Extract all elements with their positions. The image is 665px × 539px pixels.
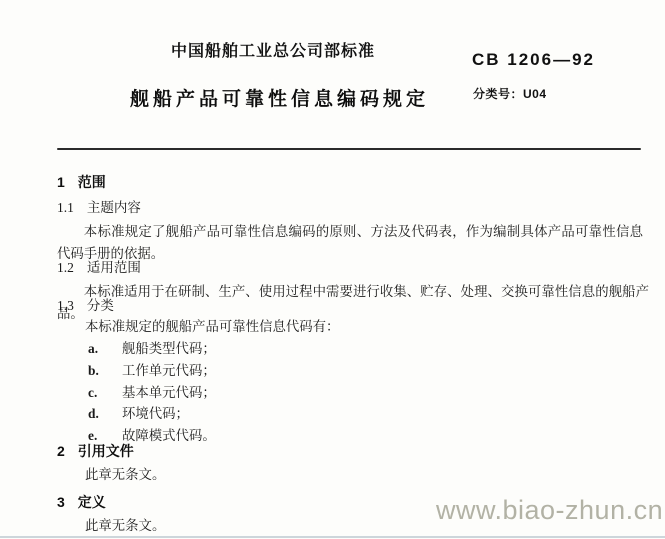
section-1-1-paragraph: 本标准规定了舰船产品可靠性信息编码的原则、方法及代码表，作为编制具体产品可靠性信… [57,221,643,264]
section-1-2-number: 1.2 [57,261,74,275]
list-item-d-marker: d. [88,407,122,420]
list-item-e-marker: e. [88,429,122,442]
list-item-b-text: 工作单元代码； [122,363,216,378]
section-1-number: 1 [57,175,65,189]
section-3-heading: 3 定义 [57,495,106,509]
list-item-a: a.舰船类型代码； [88,342,216,355]
section-1-3-heading: 1.3 分类 [57,299,114,313]
list-item-a-text: 舰船类型代码； [122,341,216,356]
classification-number: 分类号：U04 [473,88,547,100]
website-watermark: www.biao-zhun.cn [436,497,663,524]
section-2-heading: 2 引用文件 [57,444,134,458]
section-1-2-title: 适用范围 [87,261,141,275]
section-1-1-number: 1.1 [57,201,74,215]
list-item-c: c.基本单元代码； [88,386,216,399]
section-1-2-paragraph: 本标准适用于在研制、生产、使用过程中需要进行收集、贮存、处理、交换可靠性信息的舰… [57,281,649,324]
section-2-no-clause-text: 此章无条文。 [85,468,165,481]
section-3-title: 定义 [78,495,106,509]
list-item-b-marker: b. [88,364,122,377]
list-item-b: b.工作单元代码； [88,364,216,377]
list-item-a-marker: a. [88,342,122,355]
list-item-e: e.故障模式代码。 [88,429,216,442]
section-1-heading: 1 范围 [57,175,106,189]
section-1-3-title: 分类 [87,299,114,313]
section-3-number: 3 [57,495,65,509]
standard-org-line: 中国船舶工业总公司部标准 [171,44,375,60]
list-item-d-text: 环境代码； [122,406,189,421]
scan-bottom-edge-line [0,536,665,538]
section-1-2-heading: 1.2 适用范围 [57,261,141,275]
standard-number: CB 1206—92 [472,51,595,68]
document-title: 舰船产品可靠性信息编码规定 [130,90,429,109]
section-1-3-number: 1.3 [57,299,74,313]
section-1-3-intro: 本标准规定的舰船产品可靠性信息代码有： [85,320,339,333]
section-1-1-title: 主题内容 [87,201,141,215]
list-item-d: d.环境代码； [88,407,189,420]
list-item-c-text: 基本单元代码； [122,385,216,400]
section-2-title: 引用文件 [78,444,134,458]
section-3-no-clause-text: 此章无条文。 [85,519,165,532]
header-divider-line [57,148,641,150]
scanned-standard-page: 中国船舶工业总公司部标准 CB 1206—92 舰船产品可靠性信息编码规定 分类… [0,0,665,539]
section-1-title: 范围 [78,175,106,189]
section-1-1-heading: 1.1 主题内容 [57,201,141,215]
list-item-e-text: 故障模式代码。 [122,428,216,443]
section-2-number: 2 [57,444,65,458]
list-item-c-marker: c. [88,386,122,399]
